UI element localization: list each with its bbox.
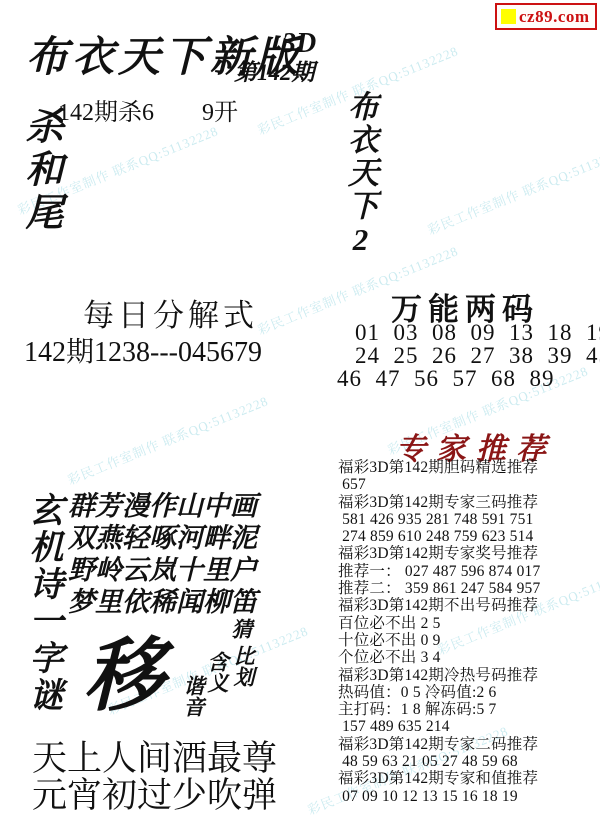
expert-line-recommend-1: 推荐一： 027 487 596 874 017 <box>338 563 600 580</box>
tip-sheet-page: { "logo": { "text": "cz89.com" }, "heade… <box>0 0 600 838</box>
expert-line-erma-row: 48 59 63 21 05 27 48 59 68 <box>338 753 600 770</box>
bottom-verse-line: 元宵初过少吹弹 <box>32 777 277 814</box>
expert-line-maincode-values: 主打码：1 8 解冻码:5 7 <box>338 701 600 718</box>
riddle-hint-homophone: 谐音 <box>181 675 205 717</box>
watermark: 彩民工作室制作 联系QQ:51132228 <box>424 140 600 238</box>
poem-line: 野岭云岚十里户 <box>68 554 257 586</box>
expert-line-sanma-header: 福彩3D第142期专家三码推荐 <box>338 494 600 511</box>
expert-line-maincode-row: 157 489 635 214 <box>338 718 600 735</box>
poem-line: 群芳漫作山中画 <box>68 490 257 522</box>
brand-vertical-label: 布衣天下2 <box>340 90 380 259</box>
expert-line-hezhi-row: 07 09 10 12 13 15 16 18 19 <box>338 788 600 805</box>
expert-line-erma-header: 福彩3D第142期专家二码推荐 <box>338 736 600 753</box>
expert-line-hotcold-values: 热码值：0 5 冷码值:2 6 <box>338 684 600 701</box>
expert-recommendation-list: 福彩3D第142期胆码精选推荐 657 福彩3D第142期专家三码推荐 581 … <box>338 459 600 805</box>
expert-line-exclude-hundreds: 百位必不出 2 5 <box>338 615 600 632</box>
logo-site-name: cz89.com <box>519 7 590 27</box>
riddle-hint-strokes: 比划 <box>231 645 255 687</box>
kill-number-line: 142期杀69开 <box>58 92 238 127</box>
expert-line-sanma-row: 581 426 935 281 748 591 751 <box>338 511 600 528</box>
two-codes-row: 46 47 56 57 68 89 <box>337 366 555 392</box>
mystery-poem-vertical-label: 玄机诗一字谜 <box>22 492 62 714</box>
expert-line-exclude-tens: 十位必不出 0 9 <box>338 632 600 649</box>
expert-line-exclude-header: 福彩3D第142期不出号码推荐 <box>338 597 600 614</box>
bottom-verse: 天上人间酒最尊 元宵初过少吹弹 <box>32 740 277 814</box>
mystery-poem: 群芳漫作山中画 双燕轻啄河畔泥 野岭云岚十里户 梦里依稀闻柳笛 <box>68 490 257 618</box>
watermark: 彩民工作室制作 联系QQ:51132228 <box>64 390 271 488</box>
expert-line-hotcold-header: 福彩3D第142期冷热号码推荐 <box>338 667 600 684</box>
expert-line-exclude-units: 个位必不出 3 4 <box>338 649 600 666</box>
one-character-riddle: 移 <box>84 632 164 722</box>
expert-line-jiang-header: 福彩3D第142期专家奖号推荐 <box>338 545 600 562</box>
kill-tail-vertical-label: 杀和尾 <box>20 106 60 235</box>
kill-number-part1: 142期杀6 <box>58 100 154 126</box>
expert-line-danma-header: 福彩3D第142期胆码精选推荐 <box>338 459 600 476</box>
expert-line-hezhi-header: 福彩3D第142期专家和值推荐 <box>338 770 600 787</box>
expert-line-danma-value: 657 <box>338 476 600 493</box>
riddle-hint-guess: 猜 <box>229 618 253 639</box>
riddle-hint-meaning: 含义 <box>205 651 229 693</box>
kill-number-part2: 9开 <box>202 100 238 126</box>
poem-line: 双燕轻啄河畔泥 <box>68 522 257 554</box>
page-title-issue: 第142期 <box>234 54 315 87</box>
logo-yellow-square-icon <box>501 9 516 24</box>
poem-line: 梦里依稀闻柳笛 <box>68 586 257 618</box>
bottom-verse-line: 天上人间酒最尊 <box>32 740 277 777</box>
daily-breakdown-formula: 142期1238---045679 <box>24 330 262 370</box>
expert-line-sanma-row: 274 859 610 248 759 623 514 <box>338 528 600 545</box>
daily-breakdown-title: 每日分解式 <box>83 290 258 335</box>
site-logo: cz89.com <box>495 3 597 30</box>
expert-line-recommend-2: 推荐二： 359 861 247 584 957 <box>338 580 600 597</box>
